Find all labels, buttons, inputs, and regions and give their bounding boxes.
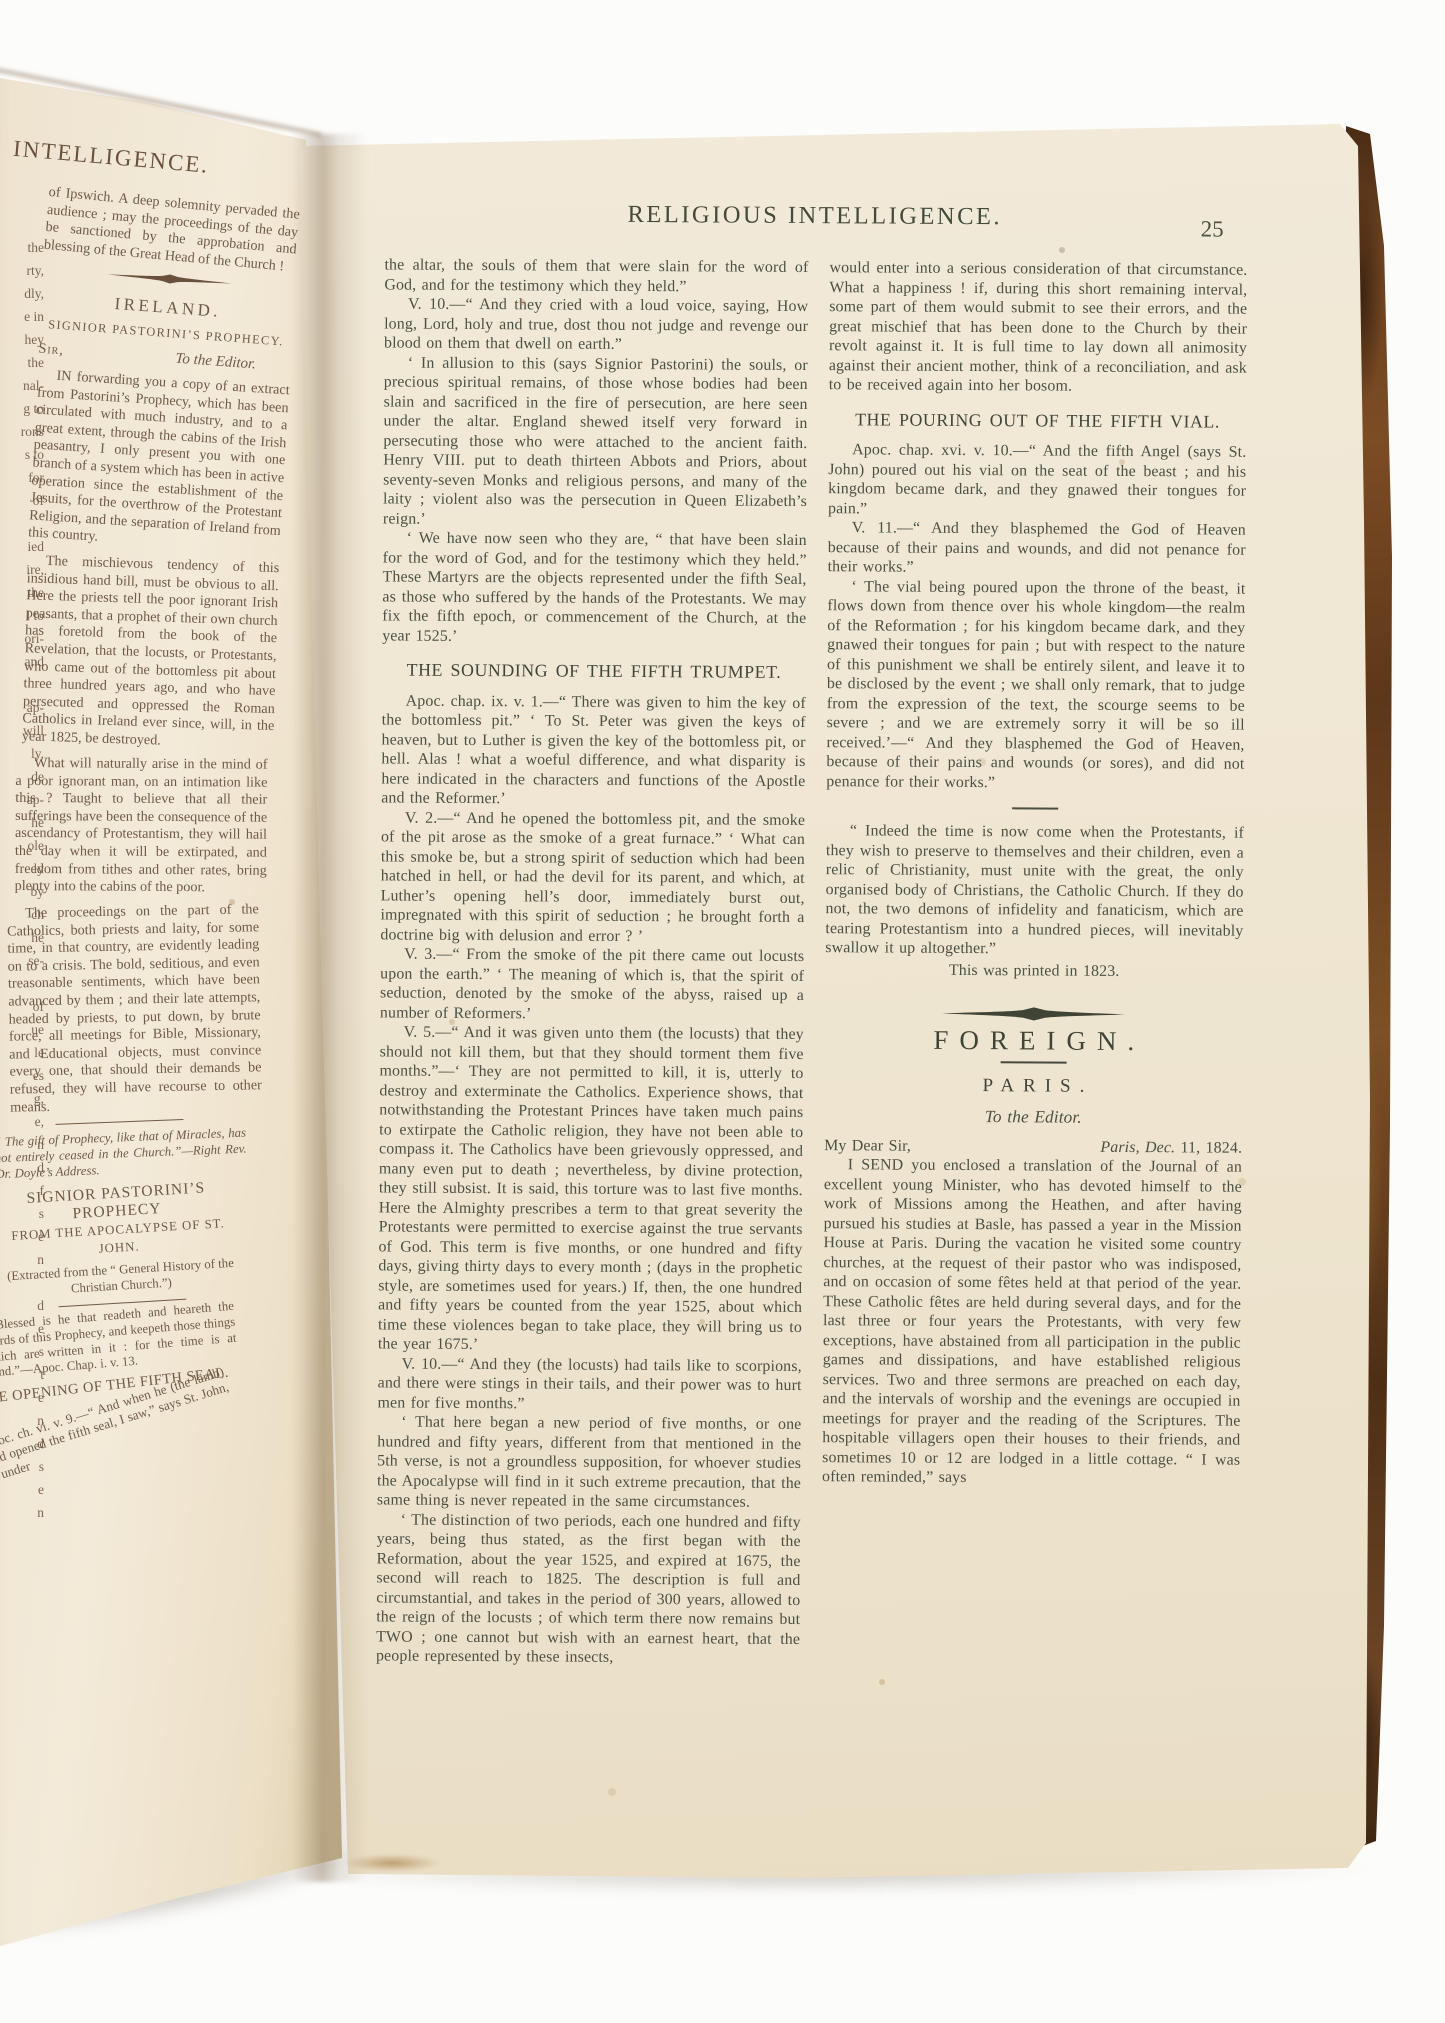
ornament-divider-icon [106,268,235,289]
salutation: Sir, [38,341,65,360]
prophecy-source: (Extracted from the “ General History of… [0,1256,248,1302]
foreign-rule [1001,1061,1067,1063]
paragraph: Apoc. chap. xvi. v. 10.—“ And the fifth … [828,440,1246,521]
paragraph: IN forwarding you a copy of an extract f… [28,366,291,557]
paragraph: ‘ The vial being poured upon the throne … [826,577,1245,794]
gutter-stain [344,1854,440,1872]
footnote-block: “ The gift of Prophecy, like that of Mir… [0,1117,247,1183]
column-1: the altar, the souls of them that were s… [375,255,808,1778]
salutation: My Dear Sir, [824,1136,911,1156]
foreign-heading: FOREIGN. [825,1030,1243,1052]
paragraph: I SEND you enclosed a translation of the… [822,1155,1242,1489]
paragraph: The proceedings on the part of the Catho… [7,901,263,1116]
paragraph: ‘ In allusion to this (says Signior Past… [383,353,808,531]
paragraph: ‘ We have now seen who they are, “ that … [382,528,807,648]
paragraph: ‘ The distinction of two periods, each o… [376,1510,801,1669]
fifth-trumpet-heading: THE SOUNDING OF THE FIFTH TRUMPET. [382,660,806,682]
paris-heading: PARIS. [824,1075,1242,1097]
paragraph: Apoc. chap. ix. v. 1.—“ There was given … [381,691,806,811]
page-number: 25 [1201,216,1261,242]
foxing-specks [0,0,4,4]
paragraph: The mischievous tendency of this insidio… [22,552,280,753]
running-head: RELIGIOUS INTELLIGENCE. [385,199,1245,232]
to-the-editor: To the Editor. [175,351,257,374]
left-running-head: INTELLIGENCE. [13,140,303,183]
section-rule [1012,807,1058,809]
left-page: the rty, dly, e in hey the nal- g to ron… [0,0,352,1960]
dateline: Paris, Dec. 11, 1824. [1100,1137,1242,1157]
paragraph: V. 10.—“ And they (the locusts) had tail… [377,1354,801,1415]
salutation-line: My Dear Sir, Paris, Dec. 11, 1824. [824,1136,1242,1158]
fifth-seal-block: THE OPENING OF THE FIFTH SEAL. Apoc. ch.… [0,1365,236,1463]
paragraph: V. 10.—“ And they cried with a loud voic… [384,294,808,355]
printed-in-1823-line: This was printed in 1823. [825,960,1243,982]
ornament-divider-icon [939,1006,1129,1022]
paragraph: What will naturally arise in the mind of… [15,755,268,898]
paragraph: “ Indeed the time is now come when the P… [825,821,1244,960]
to-the-editor: To the Editor. [824,1106,1242,1128]
paragraph: ‘ That here began a new period of five m… [377,1412,802,1512]
paragraph: V. 5.—“ And it was given unto them (the … [378,1022,804,1356]
paragraph: the altar, the souls of them that were s… [384,255,808,297]
fifth-vial-heading: THE POURING OUT OF THE FIFTH VIAL. [828,410,1246,432]
ireland-section-head: IRELAND. SIGNIOR PASTORINI’S PROPHECY. S… [38,264,296,377]
paragraph: V. 11.—“ And they blasphemed the God of … [828,518,1246,579]
book-photograph: the rty, dly, e in hey the nal- g to ron… [0,0,1445,2023]
column-2: would enter into a serious consideration… [820,258,1247,1781]
paragraph: V. 2.—“ And he opened the bottomless pit… [380,808,805,947]
footnote: “ The gift of Prophecy, like that of Mir… [0,1126,247,1183]
paragraph: of Ipswich. A deep solemnity pervaded th… [43,184,300,277]
prophecy-title-block: SIGNIOR PASTORINI’S PROPHECY FROM THE AP… [0,1178,248,1311]
paragraph: would enter into a serious consideration… [829,258,1248,397]
footnote-rule [55,1119,183,1125]
paragraph: V. 3.—“ From the smoke of the pit there … [380,944,804,1025]
left-page-column: INTELLIGENCE. of Ipswich. A deep solemni… [0,142,304,1488]
